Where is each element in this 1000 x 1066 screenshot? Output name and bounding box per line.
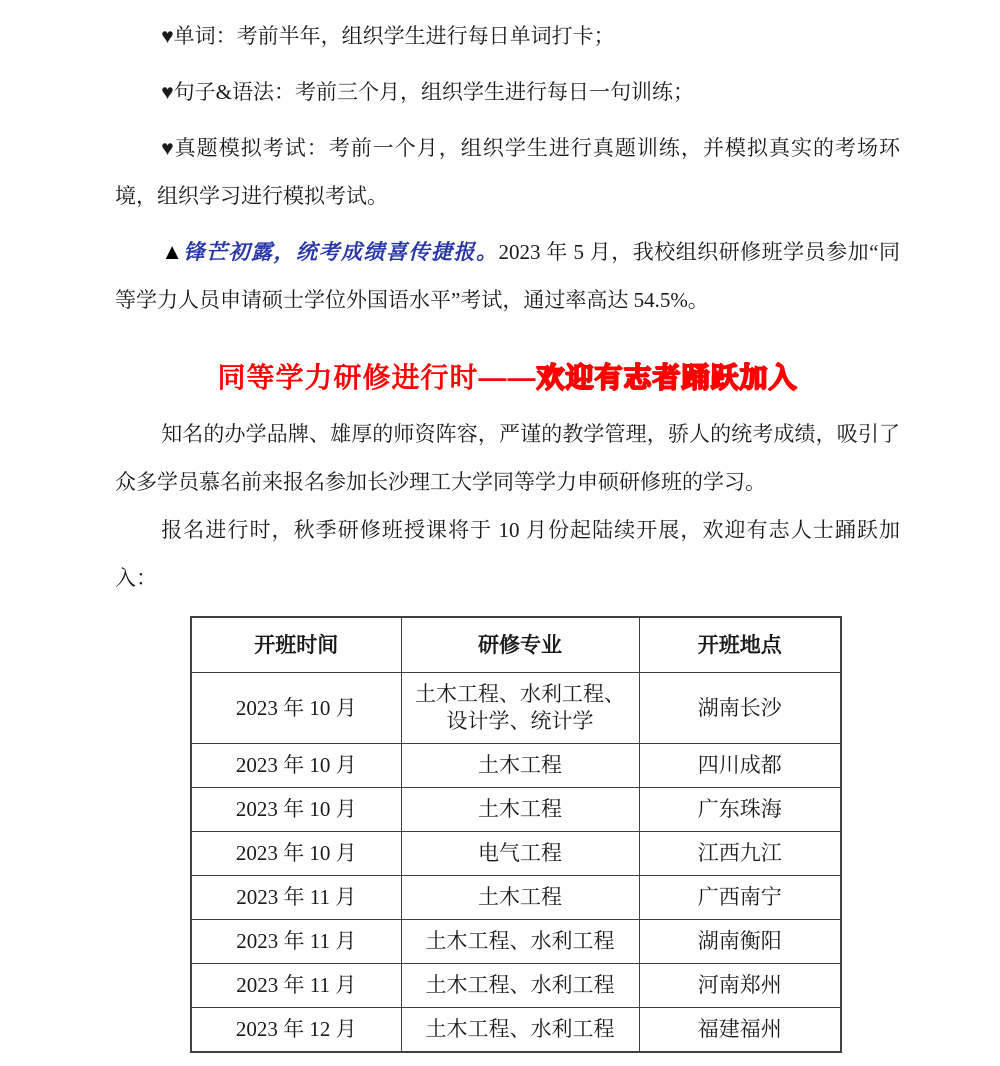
table-row: 2023 年 11 月 土木工程 广西南宁 (191, 876, 841, 920)
heading-outline-text: 欢迎有志者踊跃加入 (537, 362, 798, 393)
cell-location: 河南郑州 (639, 964, 841, 1008)
table-row: 2023 年 10 月 电气工程 江西九江 (191, 832, 841, 876)
header-location: 开班地点 (639, 617, 841, 673)
cell-major: 土木工程、水利工程 (401, 920, 639, 964)
bullet-item: ♥句子&语法：考前三个月，组织学生进行每日一句训练； (115, 68, 900, 116)
cell-location: 湖南衡阳 (639, 920, 841, 964)
cell-start-time: 2023 年 10 月 (191, 788, 401, 832)
cell-location: 四川成都 (639, 744, 841, 788)
cell-start-time: 2023 年 10 月 (191, 832, 401, 876)
cell-start-time: 2023 年 12 月 (191, 1008, 401, 1053)
cell-location: 广东珠海 (639, 788, 841, 832)
cell-major: 土木工程、水利工程、设计学、统计学 (401, 673, 639, 744)
bullet-text: 句子&语法：考前三个月，组织学生进行每日一句训练； (174, 80, 694, 104)
intro-paragraph: 知名的办学品牌、雄厚的师资阵容，严谨的教学管理，骄人的统考成绩，吸引了众多学员慕… (115, 410, 900, 506)
heading-solid-text: 同等学力研修进行时—— (217, 362, 536, 393)
cell-major: 土木工程、水利工程 (401, 964, 639, 1008)
triangle-marker-icon: ▲ (161, 239, 183, 264)
bullet-text: 真题模拟考试：考前一个月，组织学生进行真题训练，并模拟真实的考场环境，组织学习进… (115, 136, 900, 208)
cell-start-time: 2023 年 11 月 (191, 964, 401, 1008)
cell-start-time: 2023 年 11 月 (191, 876, 401, 920)
table-row: 2023 年 10 月 土木工程 四川成都 (191, 744, 841, 788)
schedule-table-body: 2023 年 10 月 土木工程、水利工程、设计学、统计学 湖南长沙 2023 … (191, 673, 841, 1053)
cell-location: 广西南宁 (639, 876, 841, 920)
table-row: 2023 年 11 月 土木工程、水利工程 湖南衡阳 (191, 920, 841, 964)
document-page: ♥单词：考前半年，组织学生进行每日单词打卡； ♥句子&语法：考前三个月，组织学生… (0, 0, 1000, 1053)
section-heading: 同等学力研修进行时——欢迎有志者踊跃加入 (115, 356, 900, 396)
statistics-highlight-paragraph: ▲锋芒初露，统考成绩喜传捷报。2023 年 5 月，我校组织研修班学员参加“同等… (115, 228, 900, 324)
cell-start-time: 2023 年 10 月 (191, 673, 401, 744)
cell-major: 土木工程 (401, 788, 639, 832)
cell-location: 湖南长沙 (639, 673, 841, 744)
exam-prep-bullet-list: ♥单词：考前半年，组织学生进行每日单词打卡； ♥句子&语法：考前三个月，组织学生… (115, 12, 900, 220)
bullet-item: ♥单词：考前半年，组织学生进行每日单词打卡； (115, 12, 900, 60)
cell-location: 江西九江 (639, 832, 841, 876)
class-schedule-table: 开班时间 研修专业 开班地点 2023 年 10 月 土木工程、水利工程、设计学… (190, 616, 842, 1053)
enrollment-paragraph: 报名进行时，秋季研修班授课将于 10 月份起陆续开展，欢迎有志人士踊跃加入： (115, 506, 900, 602)
cell-major: 电气工程 (401, 832, 639, 876)
highlight-blue-text: 锋芒初露，统考成绩喜传捷报。 (183, 240, 498, 264)
cell-start-time: 2023 年 11 月 (191, 920, 401, 964)
cell-start-time: 2023 年 10 月 (191, 744, 401, 788)
table-row: 2023 年 11 月 土木工程、水利工程 河南郑州 (191, 964, 841, 1008)
bullet-item: ♥真题模拟考试：考前一个月，组织学生进行真题训练，并模拟真实的考场环境，组织学习… (115, 124, 900, 220)
schedule-table-header: 开班时间 研修专业 开班地点 (191, 617, 841, 673)
heart-icon: ♥ (161, 80, 173, 104)
header-row: 开班时间 研修专业 开班地点 (191, 617, 841, 673)
cell-major: 土木工程 (401, 876, 639, 920)
table-row: 2023 年 12 月 土木工程、水利工程 福建福州 (191, 1008, 841, 1053)
table-row: 2023 年 10 月 土木工程、水利工程、设计学、统计学 湖南长沙 (191, 673, 841, 744)
header-start-time: 开班时间 (191, 617, 401, 673)
cell-location: 福建福州 (639, 1008, 841, 1053)
cell-major: 土木工程、水利工程 (401, 1008, 639, 1053)
table-row: 2023 年 10 月 土木工程 广东珠海 (191, 788, 841, 832)
heart-icon: ♥ (161, 136, 174, 160)
header-major: 研修专业 (401, 617, 639, 673)
heart-icon: ♥ (161, 24, 173, 48)
bullet-text: 单词：考前半年，组织学生进行每日单词打卡； (174, 24, 615, 48)
cell-major: 土木工程 (401, 744, 639, 788)
